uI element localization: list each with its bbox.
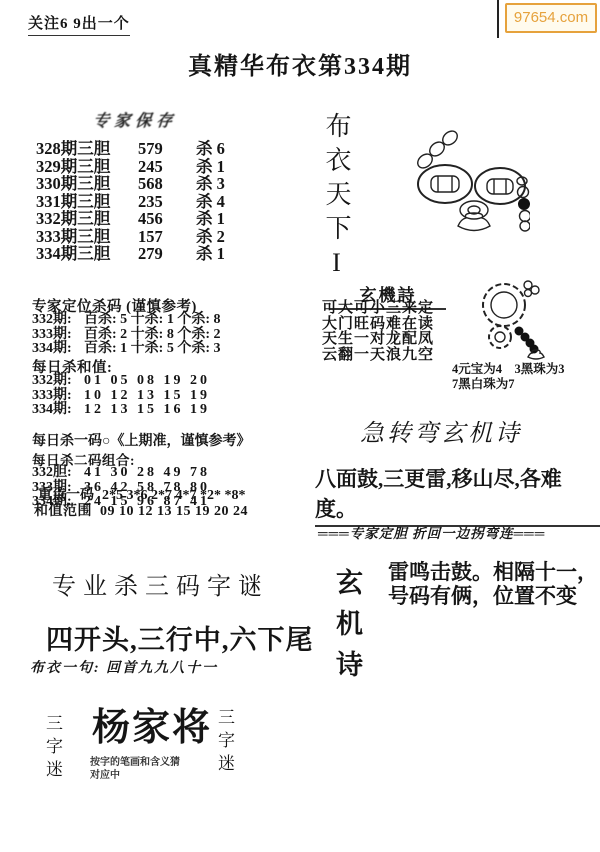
history-kill: 杀 4 xyxy=(196,193,276,211)
mystery-poem-line: 大门旺码难在读 xyxy=(322,317,434,333)
bead-caption-line2: 7黑白珠为7 xyxy=(452,377,565,392)
xuanji-line2: 号码有俩，位置不变 xyxy=(388,580,577,610)
mystery-poem-line: 可大可小三来定 xyxy=(322,301,434,317)
expert-dan-banner: ═══专家定胆 折回一边拐弯连═══ xyxy=(318,522,545,542)
lottery-tip-sheet: 关注6 9出一个 97654.com 真精华布衣第334期 专家保存 328期三… xyxy=(0,0,600,852)
mystery-poem-lines: 可大可小三来定 大门旺码难在读 天生一对龙配凤 云翻一天浪九空 xyxy=(322,301,434,363)
header-divider-line xyxy=(497,0,499,38)
history-kill: 杀 1 xyxy=(196,245,276,263)
row-values: 百杀: 1 十杀: 5 个杀: 3 xyxy=(84,342,221,357)
coin-bead-diagram-large xyxy=(412,128,530,232)
three-char-riddle-label-left: 三字迷 xyxy=(40,714,65,783)
history-dan: 456 xyxy=(138,210,196,228)
xuanji-vertical-label: 玄机诗 xyxy=(328,568,367,691)
row-period: 334期: xyxy=(32,342,84,357)
sharp-turn-line: 八面鼓,三更雷,移山尽,各难度。 xyxy=(315,463,600,527)
bead-diagram-caption: 4元宝为4 3黑珠为3 7黑白珠为7 xyxy=(452,362,565,392)
history-row: 334期三胆 279 杀 1 xyxy=(36,245,276,263)
history-list: 328期三胆 579 杀 6 329期三胆 245 杀 1 330期三胆 568… xyxy=(36,140,276,263)
daily-kill-sum-row: 332期: 01 05 08 19 20 xyxy=(32,374,210,389)
daily-kill-two-row: 332胆: 41 30 28 49 78 xyxy=(32,466,210,481)
position-kill-rows: 332期: 百杀: 5 十杀: 1 个杀: 8 333期: 百杀: 2 十杀: … xyxy=(32,313,221,357)
history-row: 328期三胆 579 杀 6 xyxy=(36,140,276,158)
site-badge[interactable]: 97654.com xyxy=(505,3,597,33)
history-row: 329期三胆 245 杀 1 xyxy=(36,158,276,176)
history-period: 333期三胆 xyxy=(36,228,138,246)
daily-kill-sum-row: 333期: 10 12 13 15 19 xyxy=(32,389,210,404)
history-period: 329期三胆 xyxy=(36,158,138,176)
row-values: 10 12 13 15 19 xyxy=(84,389,210,404)
history-heading: 专家保存 xyxy=(91,108,182,131)
bead-caption-line1: 4元宝为4 3黑珠为3 xyxy=(452,362,565,377)
history-dan: 157 xyxy=(138,228,196,246)
history-kill: 杀 1 xyxy=(196,210,276,228)
row-period: 332期: xyxy=(32,313,84,328)
history-dan: 245 xyxy=(138,158,196,176)
three-char-riddle-answer: 杨家将 xyxy=(92,696,212,751)
history-dan: 568 xyxy=(138,175,196,193)
riddle-note: 按字的笔画和含义猜 对应中 xyxy=(90,756,180,782)
sum-range-line: 和值范围09 10 12 13 15 19 20 24 xyxy=(34,500,248,520)
daily-kill-sum-row: 334期: 12 13 15 16 19 xyxy=(32,403,210,418)
riddle-note-line1: 按字的笔画和含义猜 xyxy=(90,756,180,769)
row-values: 12 13 15 16 19 xyxy=(84,403,210,418)
buyi-sentence: 布衣一句: 回首九九八十一 xyxy=(30,657,218,677)
mystery-poem-line: 天生一对龙配凤 xyxy=(322,332,434,348)
row-period: 333期: xyxy=(32,389,84,404)
history-kill: 杀 3 xyxy=(196,175,276,193)
row-period: 332期: xyxy=(32,374,84,389)
history-kill: 杀 2 xyxy=(196,228,276,246)
row-period: 333期: xyxy=(32,328,84,343)
kill-three-code-heading: 专业杀三码字谜 xyxy=(52,566,269,601)
row-values: 01 05 08 19 20 xyxy=(84,374,210,389)
sum-range-label: 和值范围 xyxy=(34,504,92,519)
coin-bead-diagram-small xyxy=(462,278,550,360)
history-period: 331期三胆 xyxy=(36,193,138,211)
row-period: 334期: xyxy=(32,403,84,418)
position-kill-row: 334期: 百杀: 1 十杀: 5 个杀: 3 xyxy=(32,342,221,357)
history-dan: 279 xyxy=(138,245,196,263)
history-kill: 杀 1 xyxy=(196,158,276,176)
daily-kill-one-line: 每日杀一码○《上期准，谨慎参考》 xyxy=(32,430,250,450)
history-period: 328期三胆 xyxy=(36,140,138,158)
history-period: 330期三胆 xyxy=(36,175,138,193)
history-period: 334期三胆 xyxy=(36,245,138,263)
history-kill: 杀 6 xyxy=(196,140,276,158)
sharp-turn-heading: 急转弯玄机诗 xyxy=(360,413,522,448)
sum-range-values: 09 10 12 13 15 19 20 24 xyxy=(100,504,248,519)
history-row: 331期三胆 235 杀 4 xyxy=(36,193,276,211)
history-row: 330期三胆 568 杀 3 xyxy=(36,175,276,193)
row-values: 41 30 28 49 78 xyxy=(84,466,210,481)
follow-note: 关注6 9出一个 xyxy=(28,12,130,36)
mystery-poem-line: 云翻一天浪九空 xyxy=(322,348,434,364)
history-dan: 235 xyxy=(138,193,196,211)
position-kill-row: 332期: 百杀: 5 十杀: 1 个杀: 8 xyxy=(32,313,221,328)
history-period: 332期三胆 xyxy=(36,210,138,228)
history-dan: 579 xyxy=(138,140,196,158)
history-row: 332期三胆 456 杀 1 xyxy=(36,210,276,228)
three-char-riddle-label-right: 三字迷 xyxy=(212,708,237,777)
position-kill-row: 333期: 百杀: 2 十杀: 8 个杀: 2 xyxy=(32,328,221,343)
page-title: 真精华布衣第334期 xyxy=(0,46,600,81)
row-values: 百杀: 2 十杀: 8 个杀: 2 xyxy=(84,328,221,343)
daily-kill-sum-rows: 332期: 01 05 08 19 20 333期: 10 12 13 15 1… xyxy=(32,374,210,418)
riddle-note-line2: 对应中 xyxy=(90,769,180,782)
row-period: 332胆: xyxy=(32,466,84,481)
buyi-tianxia-vertical-title: 布衣天下I xyxy=(322,112,350,285)
history-row: 333期三胆 157 杀 2 xyxy=(36,228,276,246)
row-values: 百杀: 5 十杀: 1 个杀: 8 xyxy=(84,313,221,328)
riddle-phrase: 四开头,三行中,六下尾 xyxy=(46,618,314,657)
